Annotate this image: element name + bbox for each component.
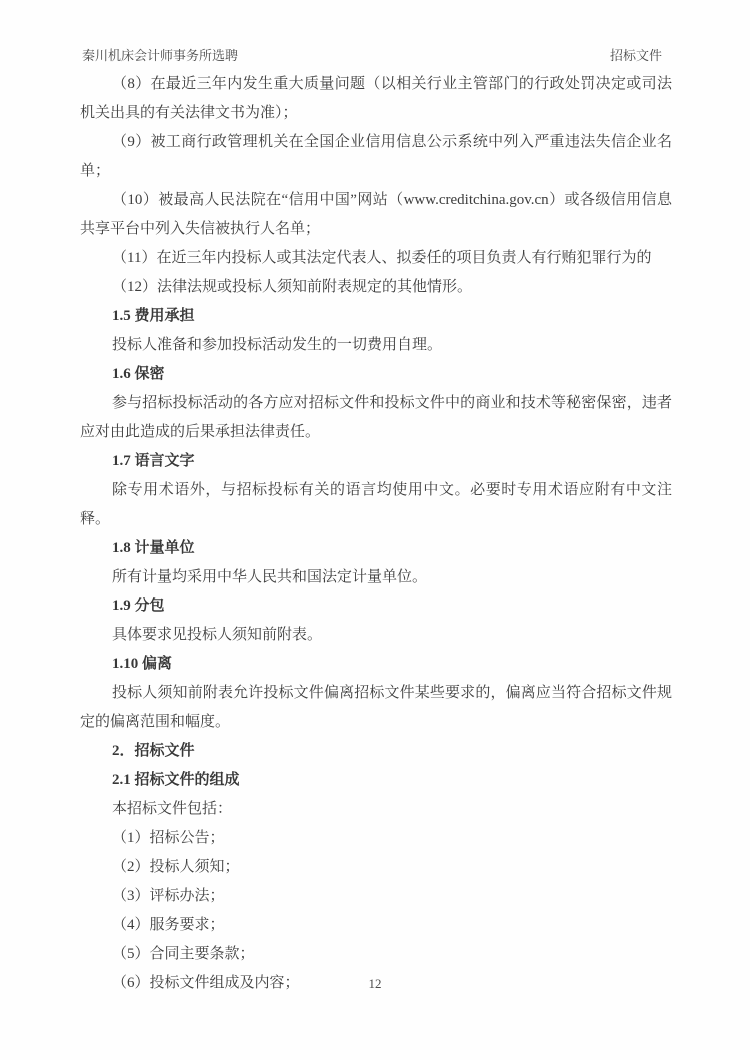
paragraph: 所有计量均采用中华人民共和国法定计量单位。 xyxy=(80,563,672,592)
section-heading: 2.1 招标文件的组成 xyxy=(80,766,672,795)
paragraph: （1）招标公告； xyxy=(80,824,672,853)
paragraph: （3）评标办法； xyxy=(80,882,672,911)
section-heading: 1.7 语言文字 xyxy=(80,447,672,476)
paragraph: 具体要求见投标人须知前附表。 xyxy=(80,621,672,650)
header-project-name: 秦川机床会计师事务所选聘 xyxy=(82,47,238,65)
section-heading: 1.8 计量单位 xyxy=(80,534,672,563)
paragraph: 除专用术语外，与招标投标有关的语言均使用中文。必要时专用术语应附有中文注释。 xyxy=(80,476,672,534)
header-doc-type: 招标文件 xyxy=(610,47,662,65)
page-footer: 12 xyxy=(0,975,750,993)
section-heading: 1.10 偏离 xyxy=(80,650,672,679)
paragraph: （4）服务要求； xyxy=(80,911,672,940)
section-heading: 1.6 保密 xyxy=(80,360,672,389)
paragraph: （8）在最近三年内发生重大质量问题（以相关行业主管部门的行政处罚决定或司法机关出… xyxy=(80,70,672,128)
page-header: 秦川机床会计师事务所选聘 招标文件 xyxy=(82,47,662,65)
document-body: （8）在最近三年内发生重大质量问题（以相关行业主管部门的行政处罚决定或司法机关出… xyxy=(80,70,672,998)
paragraph: 参与招标投标活动的各方应对招标文件和投标文件中的商业和技术等秘密保密，违者应对由… xyxy=(80,389,672,447)
page-number: 12 xyxy=(369,976,382,991)
paragraph: 投标人须知前附表允许投标文件偏离招标文件某些要求的，偏离应当符合招标文件规定的偏… xyxy=(80,679,672,737)
paragraph: 本招标文件包括： xyxy=(80,795,672,824)
paragraph: （2）投标人须知； xyxy=(80,853,672,882)
paragraph: （11）在近三年内投标人或其法定代表人、拟委任的项目负责人有行贿犯罪行为的 xyxy=(80,244,672,273)
paragraph: （5）合同主要条款； xyxy=(80,940,672,969)
paragraph: 投标人准备和参加投标活动发生的一切费用自理。 xyxy=(80,331,672,360)
section-heading: 1.5 费用承担 xyxy=(80,302,672,331)
document-page: { "header": { "project": "秦川机床会计师事务所选聘",… xyxy=(0,0,750,1060)
paragraph: （9）被工商行政管理机关在全国企业信用信息公示系统中列入严重违法失信企业名单； xyxy=(80,128,672,186)
paragraph: （12）法律法规或投标人须知前附表规定的其他情形。 xyxy=(80,273,672,302)
page-background: 秦川机床会计师事务所选聘 招标文件 （8）在最近三年内发生重大质量问题（以相关行… xyxy=(0,0,750,1060)
section-heading: 1.9 分包 xyxy=(80,592,672,621)
paragraph: （10）被最高人民法院在“信用中国”网站（www.creditchina.gov… xyxy=(80,186,672,244)
section-heading: 2．招标文件 xyxy=(80,737,672,766)
